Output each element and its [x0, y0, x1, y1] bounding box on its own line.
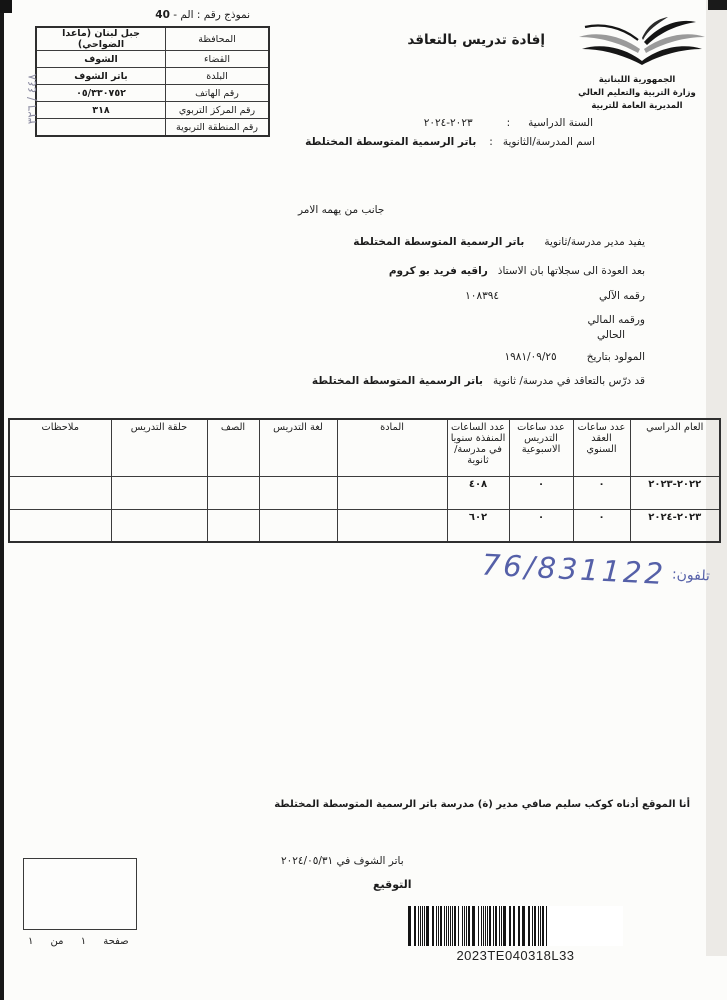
school-year-label: السنة الدراسية: [528, 117, 593, 129]
table-row: ٢٠٢٢-٢٠٢٣ ٠ ٠ ٤٠٨: [9, 476, 720, 509]
barcode-value: 2023TE040318L33: [408, 948, 623, 963]
cell-year: ٢٠٢٢-٢٠٢٣: [630, 476, 720, 509]
page-indicator: صفحة ١ من ١: [28, 936, 129, 947]
col-header-grade: الصف: [207, 419, 259, 476]
handwritten-phone-note: تلفون: 76/831122: [424, 545, 710, 594]
barcode-bars: [408, 906, 623, 946]
location-info-table: المحافظة جبل لبنان (ماعدا الضواحي) القضا…: [35, 26, 270, 137]
scan-corner-mark-right: [708, 0, 727, 10]
auto-number-label: رقمه الآلي: [599, 290, 645, 302]
cell-cycle: [111, 476, 207, 509]
table-row: ٢٠٢٣-٢٠٢٤ ٠ ٠ ٦٠٢: [9, 509, 720, 542]
form-number: نموذج رقم : الم - 40: [155, 9, 250, 21]
info-value: جبل لبنان (ماعدا الضواحي): [36, 27, 166, 51]
handwritten-margin-ref: ٤٤٨ / ٣٢٦: [25, 55, 39, 143]
col-header-cycle: حلقة التدريس: [111, 419, 207, 476]
colon: :: [489, 136, 493, 148]
barcode: [408, 906, 623, 946]
cell-notes: [9, 476, 111, 509]
certify-label: يفيد مدير مدرسة/ثانوية: [544, 236, 645, 248]
table-row: البلدة باتر الشوف: [36, 68, 269, 85]
info-label: البلدة: [166, 68, 270, 85]
school-year-value: ٢٠٢٣-٢٠٢٤: [424, 117, 473, 129]
taught-school-value: باتر الرسمية المتوسطة المختلطة: [312, 375, 483, 387]
ministry-line-directorate: المديرية العامة للتربية: [555, 100, 719, 113]
place-date-line: باتر الشوف في ٢٠٢٤/٠٥/٣١: [281, 855, 404, 867]
info-label: رقم المنطقة التربوية: [166, 119, 270, 137]
info-value: ٠٥/٣٣٠٧٥٢: [36, 85, 166, 102]
school-name-line: اسم المدرسة/الثانوية:باتر الرسمية المتوس…: [305, 136, 595, 148]
taught-label: قد درّس بالتعاقد في مدرسة/ ثانوية: [493, 375, 645, 387]
table-row: رقم المنطقة التربوية: [36, 119, 269, 137]
cell-cycle: [111, 509, 207, 542]
cell-year: ٢٠٢٣-٢٠٢٤: [630, 509, 720, 542]
info-value: ٣١٨: [36, 102, 166, 119]
info-value: باتر الشوف: [36, 68, 166, 85]
cell-grade: [207, 509, 259, 542]
finance-number-label2: الحالي: [597, 329, 625, 341]
auto-number-line: رقمه الآلي ١٠٨٣٩٤: [465, 290, 645, 302]
colon: :: [507, 117, 511, 129]
scanned-document-page: نموذج رقم : الم - 40 المحافظة جبل لبنان …: [0, 0, 727, 1000]
school-name-value: باتر الرسمية المتوسطة المختلطة: [305, 136, 476, 148]
scan-corner-mark: [0, 0, 12, 13]
cell-notes: [9, 509, 111, 542]
table-row: رقم المركز التربوي ٣١٨: [36, 102, 269, 119]
info-label: رقم المركز التربوي: [166, 102, 270, 119]
cell-contract-hours: ٠: [573, 509, 630, 542]
ministry-open-book-logo-icon: [572, 16, 712, 78]
ministry-header: الجمهورية اللبنانية وزارة التربية والتعل…: [555, 74, 719, 113]
taught-line: قد درّس بالتعاقد في مدرسة/ ثانوية باتر ا…: [312, 375, 645, 387]
birth-date-value: ١٩٨١/٠٩/٢٥: [504, 351, 556, 363]
col-header-executed-hours: عدد الساعات المنفذة سنويا في مدرسة/ثانوي…: [447, 419, 509, 476]
cell-subject: [337, 509, 447, 542]
records-line: بعد العودة الى سجلاتها بان الاستاذ راقيه…: [389, 265, 645, 277]
cell-executed-hours: ٤٠٨: [447, 476, 509, 509]
cell-subject: [337, 476, 447, 509]
table-row: المحافظة جبل لبنان (ماعدا الضواحي): [36, 27, 269, 51]
cell-weekly-hours: ٠: [509, 509, 573, 542]
records-label: بعد العودة الى سجلاتها بان الاستاذ: [498, 265, 645, 277]
signature-label: التوقيع: [373, 878, 412, 891]
col-header-weekly-hours: عدد ساعات التدريس الاسبوعية: [509, 419, 573, 476]
birth-date-line: المولود بتاريخ ١٩٨١/٠٩/٢٥: [504, 351, 645, 363]
ministry-line-republic: الجمهورية اللبنانية: [555, 74, 719, 87]
stamp-box: [23, 858, 137, 930]
handwritten-phone-number: 76/831122: [481, 548, 667, 592]
cell-executed-hours: ٦٠٢: [447, 509, 509, 542]
scan-edge-left: [0, 0, 4, 1000]
table-header-row: العام الدراسي عدد ساعات العقد السنوي عدد…: [9, 419, 720, 476]
info-value: [36, 119, 166, 137]
certify-line: يفيد مدير مدرسة/ثانوية باتر الرسمية المت…: [353, 236, 645, 248]
cell-contract-hours: ٠: [573, 476, 630, 509]
info-label: القضاء: [166, 51, 270, 68]
cell-grade: [207, 476, 259, 509]
info-label: المحافظة: [166, 27, 270, 51]
auto-number-value: ١٠٨٣٩٤: [465, 290, 499, 302]
principal-declaration: أنا الموقع أدناه كوكب سليم صافي مدير (ة)…: [274, 799, 690, 810]
birth-date-label: المولود بتاريخ: [587, 351, 645, 363]
info-label: رقم الهاتف: [166, 85, 270, 102]
finance-number-label: ورقمه المالي: [587, 314, 645, 326]
form-number-prefix: نموذج رقم : الم -: [173, 9, 250, 21]
col-header-notes: ملاحظات: [9, 419, 111, 476]
teaching-hours-table: العام الدراسي عدد ساعات العقد السنوي عدد…: [8, 418, 721, 543]
cell-language: [259, 509, 337, 542]
info-value: الشوف: [36, 51, 166, 68]
school-name-label: اسم المدرسة/الثانوية: [503, 136, 595, 148]
col-header-language: لغة التدريس: [259, 419, 337, 476]
cell-language: [259, 476, 337, 509]
page-title: إفادة تدريس بالتعاقد: [407, 32, 545, 48]
col-header-academic-year: العام الدراسي: [630, 419, 720, 476]
table-row: القضاء الشوف: [36, 51, 269, 68]
col-header-contract-hours: عدد ساعات العقد السنوي: [573, 419, 630, 476]
cell-weekly-hours: ٠: [509, 476, 573, 509]
finance-number-line2: الحالي: [597, 329, 625, 341]
finance-number-line: ورقمه المالي: [587, 314, 645, 326]
table-row: رقم الهاتف ٠٥/٣٣٠٧٥٢: [36, 85, 269, 102]
certify-school-value: باتر الرسمية المتوسطة المختلطة: [353, 236, 524, 248]
concerned-party-line: جانب من يهمه الامر: [298, 204, 384, 216]
form-number-value: 40: [155, 9, 170, 21]
col-header-subject: المادة: [337, 419, 447, 476]
ministry-line-ministry: وزارة التربية والتعليم العالي: [555, 87, 719, 100]
handwritten-phone-label: تلفون:: [672, 566, 711, 584]
school-year-line: السنة الدراسية:٢٠٢٣-٢٠٢٤: [424, 117, 593, 129]
teacher-name: راقيه فريد بو كروم: [389, 265, 488, 277]
